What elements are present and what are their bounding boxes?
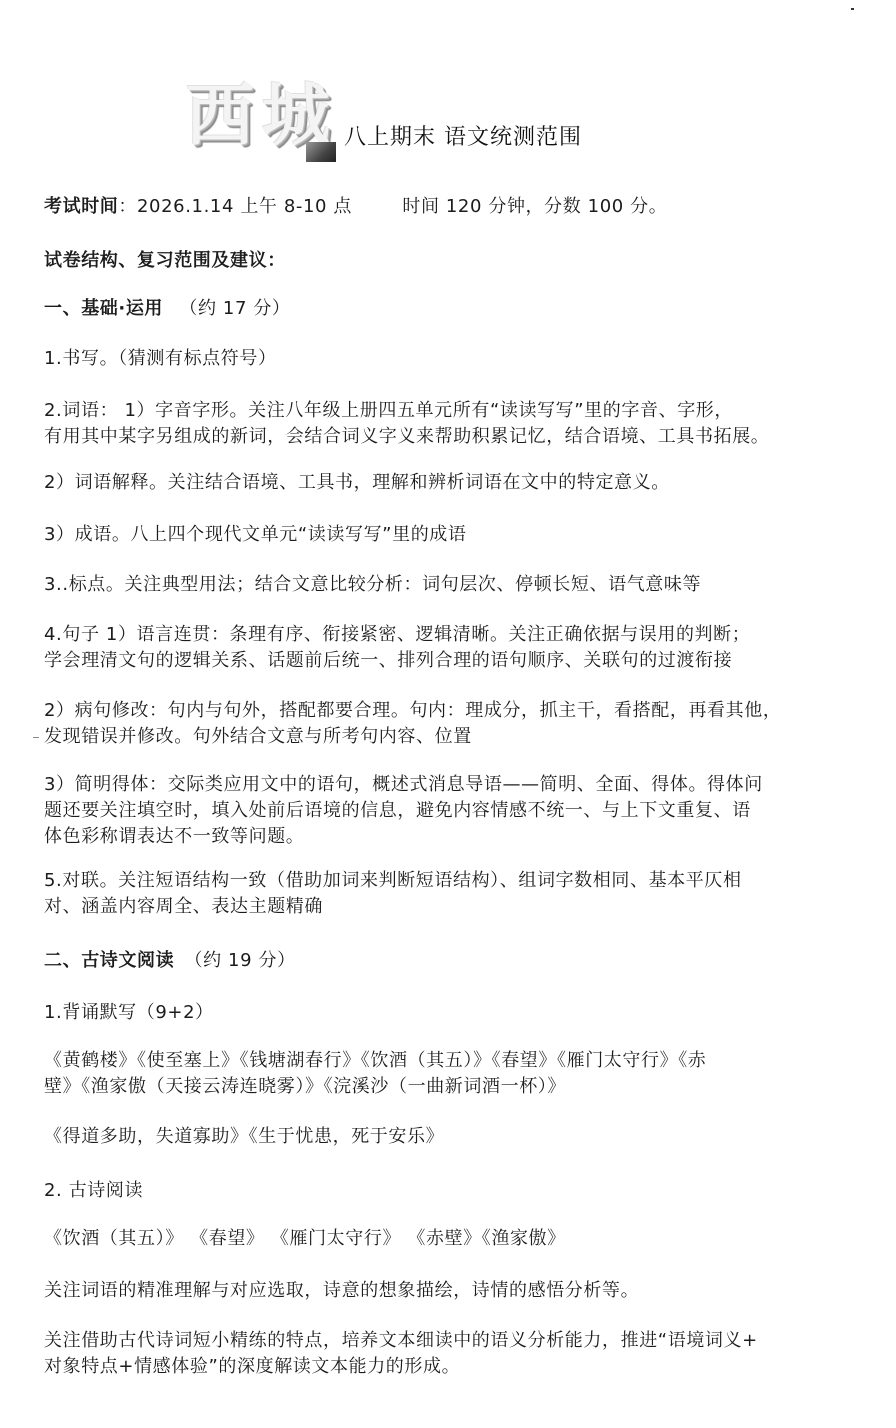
section1-item: 体色彩称谓表达不一致等问题。 (44, 824, 304, 850)
section1-item: 3..标点。关注典型用法；结合文意比较分析：词句层次、停顿长短、语气意味等 (44, 572, 701, 598)
scan-mark (33, 737, 39, 738)
exam-info: 考试时间：2026.1.14 上午 8-10 点 时间 120 分钟，分数 10… (44, 194, 667, 220)
section1-item: 2）病句修改：句内与句外，搭配都要合理。句内：理成分，抓主干，看搭配，再看其他， (44, 698, 781, 724)
section2-item: 《黄鹤楼》《使至塞上》《钱塘湖春行》《饮酒（其五）》《春望》《雁门太守行》《赤 (44, 1048, 706, 1074)
document-title: 八上期末 语文统测范围 (344, 120, 582, 151)
section1-item: 题还要关注填空时，填入处前后语境的信息，避免内容情感不统一、与上下文重复、语 (44, 798, 751, 824)
section2-score: （约 19 分） (185, 950, 296, 971)
document-page: 西 城 八上期末 语文统测范围 考试时间：2026.1.14 上午 8-10 点… (0, 0, 896, 1428)
section1-item: 学会理清文句的逻辑关系、话题前后统一、排列合理的语句顺序、关联句的过渡衔接 (44, 648, 732, 674)
section2-item: 关注词语的精准理解与对应选取，诗意的想象描绘，诗情的感悟分析等。 (44, 1278, 639, 1304)
section1-item: 发现错误并修改。句外结合文意与所考句内容、位置 (44, 724, 472, 750)
section1-score: （约 17 分） (179, 298, 290, 319)
exam-duration-score: 时间 120 分钟，分数 100 分。 (402, 196, 667, 217)
section2-title: 二、古诗文阅读 (44, 950, 174, 971)
section1-item: 有用其中某字另组成的新词，会结合词义字义来帮助积累记忆，结合语境、工具书拓展。 (44, 424, 769, 450)
exam-time-value: ：2026.1.14 上午 8-10 点 (118, 196, 352, 217)
section2-item: 1.背诵默写（9+2） (44, 1000, 214, 1026)
section1-item: 5.对联。关注短语结构一致（借助加词来判断短语结构）、组词字数相同、基本平仄相 (44, 868, 742, 894)
section1-item: 3）简明得体：交际类应用文中的语句，概述式消息导语——简明、全面、得体。得体问 (44, 772, 763, 798)
section1-item: 2）词语解释。关注结合语境、工具书，理解和辨析词语在文中的特定意义。 (44, 470, 670, 496)
structure-heading: 试卷结构、复习范围及建议： (44, 248, 286, 274)
section2-item: 《饮酒（其五）》 《春望》 《雁门太守行》 《赤壁》《渔家傲》 (44, 1226, 566, 1252)
section1-item: 4.句子 1）语言连贯：条理有序、衔接紧密、逻辑清晰。关注正确依据与误用的判断； (44, 622, 750, 648)
section1-item: 1.书写。（猜测有标点符号） (44, 346, 277, 372)
section2-item: 2. 古诗阅读 (44, 1178, 143, 1204)
section1-title: 一、基础·运用 (44, 298, 163, 319)
section2-item: 《得道多助，失道寡助》《生于忧患，死于安乐》 (44, 1124, 444, 1150)
logo-cube-decoration (306, 142, 336, 162)
district-logo-char-1: 西 (186, 78, 252, 156)
section1-item: 3）成语。八上四个现代文单元“读读写写”里的成语 (44, 522, 467, 548)
section2-heading: 二、古诗文阅读 （约 19 分） (44, 948, 296, 974)
section2-item: 对象特点+情感体验”的深度解读文本能力的形成。 (44, 1354, 460, 1380)
section2-item: 关注借助古代诗词短小精练的特点，培养文本细读中的语义分析能力，推进“语境词义+ (44, 1328, 758, 1354)
exam-time-label: 考试时间 (44, 196, 118, 217)
section1-heading: 一、基础·运用 （约 17 分） (44, 296, 291, 322)
scan-speck (851, 8, 854, 10)
section1-item: 对、涵盖内容周全、表达主题精确 (44, 894, 323, 920)
section2-item: 壁》《渔家傲（天接云涛连晓雾）》《浣溪沙（一曲新词酒一杯）》 (44, 1074, 566, 1100)
section1-item: 2.词语： 1）字音字形。关注八年级上册四五单元所有“读读写写”里的字音、字形， (44, 398, 733, 424)
